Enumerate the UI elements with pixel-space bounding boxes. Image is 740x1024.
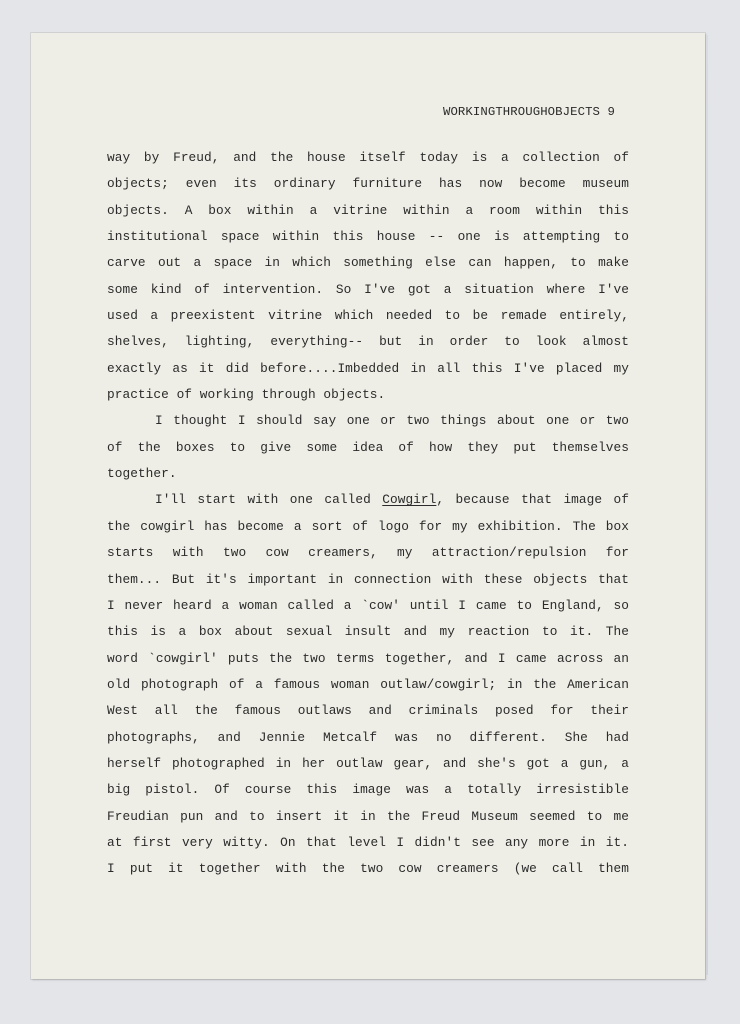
text-line: together. [107, 461, 629, 487]
text-line: photographs, and Jennie Metcalf was no d… [107, 725, 629, 751]
line-tail: , because that image of [436, 492, 629, 507]
text-line: old photograph of a famous woman outlaw/… [107, 672, 629, 698]
text-line: way by Freud, and the house itself today… [107, 145, 629, 171]
underlined-title: Cowgirl [382, 492, 436, 507]
text-line: herself photographed in her outlaw gear,… [107, 751, 629, 777]
text-line: objects; even its ordinary furniture has… [107, 171, 629, 197]
text-line: shelves, lighting, everything-- but in o… [107, 329, 629, 355]
line-lead: I'll start with one called [155, 492, 382, 507]
text-line: starts with two cow creamers, my attract… [107, 540, 629, 566]
text-line: I thought I should say one or two things… [107, 408, 629, 434]
text-line: carve out a space in which something els… [107, 250, 629, 276]
text-line: West all the famous outlaws and criminal… [107, 698, 629, 724]
text-line: them... But it's important in connection… [107, 567, 629, 593]
text-line: big pistol. Of course this image was a t… [107, 777, 629, 803]
text-line: this is a box about sexual insult and my… [107, 619, 629, 645]
body-text: way by Freud, and the house itself today… [107, 145, 629, 883]
text-line: practice of working through objects. [107, 382, 629, 408]
text-line: word `cowgirl' puts the two terms togeth… [107, 646, 629, 672]
text-line: I'll start with one called Cowgirl, beca… [107, 487, 629, 513]
text-line: Freudian pun and to insert it in the Fre… [107, 804, 629, 830]
text-line: I never heard a woman called a `cow' unt… [107, 593, 629, 619]
text-line: institutional space within this house --… [107, 224, 629, 250]
text-line: used a preexistent vitrine which needed … [107, 303, 629, 329]
text-line: exactly as it did before....Imbedded in … [107, 356, 629, 382]
text-line: of the boxes to give some idea of how th… [107, 435, 629, 461]
text-line: the cowgirl has become a sort of logo fo… [107, 514, 629, 540]
text-line: objects. A box within a vitrine within a… [107, 198, 629, 224]
document-page: WORKINGTHROUGHOBJECTS 9 way by Freud, an… [31, 33, 705, 979]
text-line: I put it together with the two cow cream… [107, 856, 629, 882]
text-line: at first very witty. On that level I did… [107, 830, 629, 856]
text-line: some kind of intervention. So I've got a… [107, 277, 629, 303]
running-header: WORKINGTHROUGHOBJECTS 9 [31, 105, 615, 119]
